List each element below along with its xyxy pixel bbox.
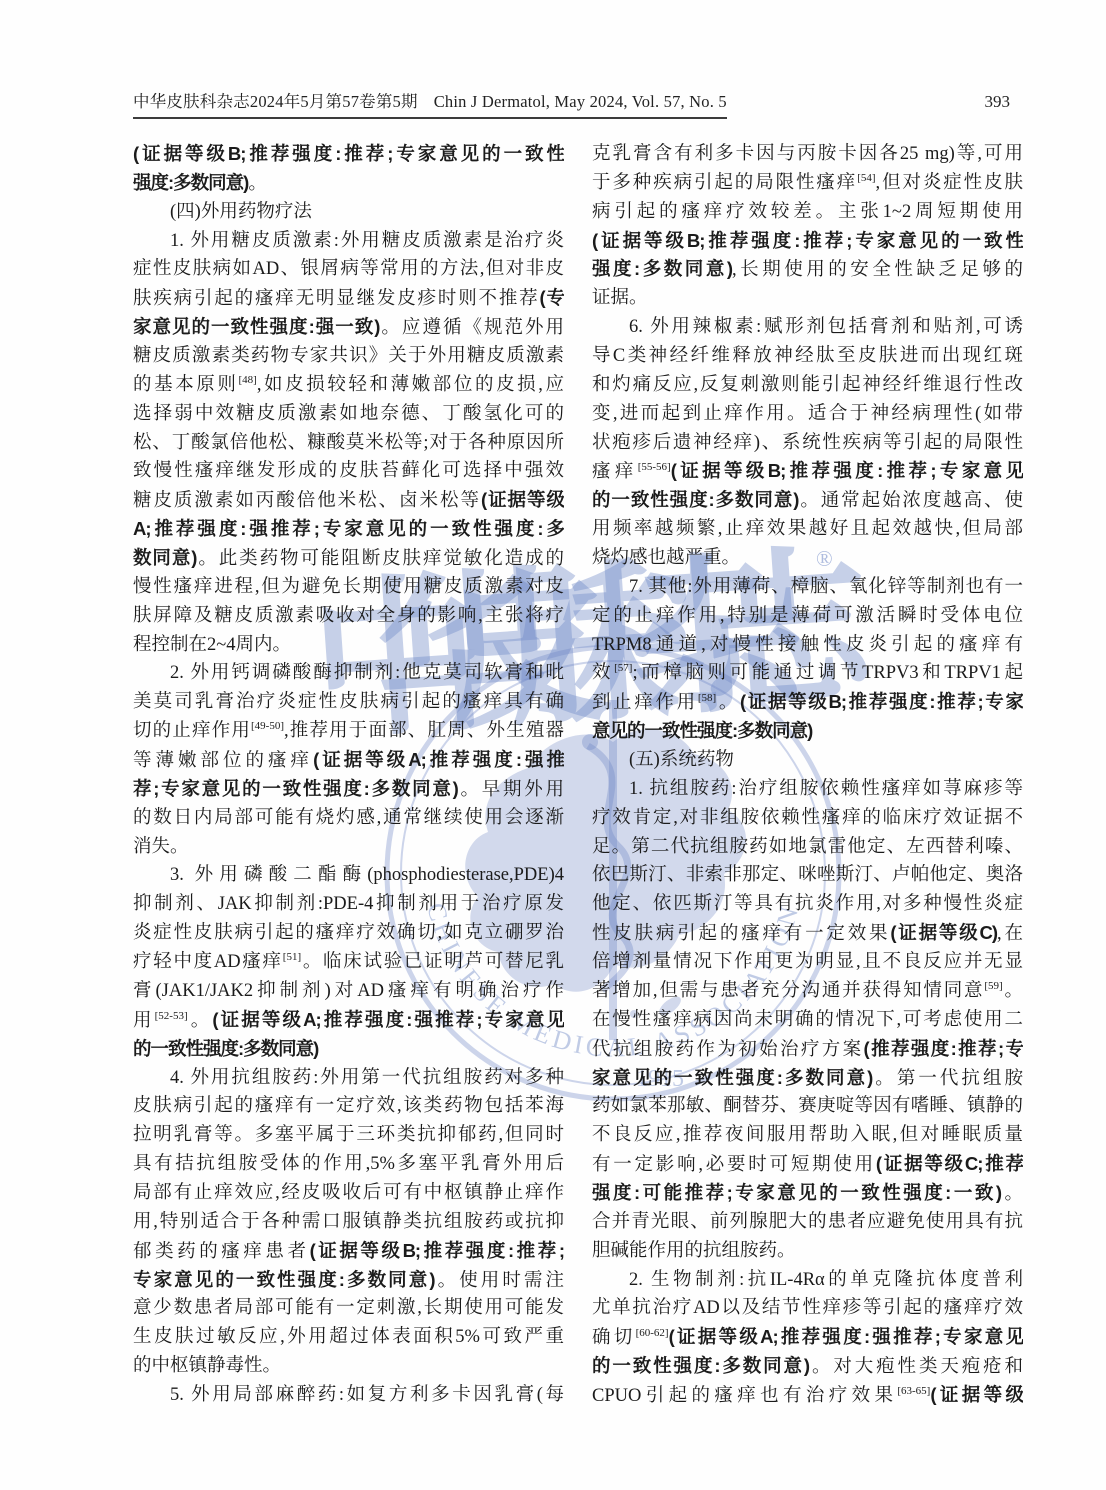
text-run: 郁类药的瘙痒患者 xyxy=(133,1242,310,1262)
text-line: 肤屏障及糖皮质激素吸收对全身的影响,主张将疗 xyxy=(133,602,564,631)
text-run: 状疱疹后遗神经痒)、系统性疾病等引起的局限性 xyxy=(592,433,1023,453)
text-line: 强度:多数同意)。 xyxy=(133,169,564,198)
text-line: 1. 抗组胺药:治疗组胺依赖性瘙痒如荨麻疹等 xyxy=(592,775,1023,804)
text-run: 的一致性强度:多数同意) xyxy=(592,1355,809,1376)
text-run: 肤疾病引起的瘙痒无明显继发皮疹时则不推荐 xyxy=(133,289,540,309)
text-run: 致慢性瘙痒继发形成的皮肤苔藓化可选择中强效 xyxy=(133,461,564,481)
text-run: 生皮肤过敏反应,外用超过体表面积5%可致严重 xyxy=(133,1327,564,1347)
text-run: 荐;专家意见的一致性强度:多数同意) xyxy=(133,778,458,799)
text-line: 4. 外用抗组胺药:外用第一代抗组胺药对多种 xyxy=(133,1064,564,1093)
text-run: 他定、依匹斯汀等具有抗炎作用,对多种慢性炎症 xyxy=(592,894,1023,914)
text-run: 胆碱能作用的抗组胺药。 xyxy=(592,1241,796,1261)
text-run: (证据等级B;推荐强度:推荐;专家意见的一致性 xyxy=(133,143,564,164)
text-run: 。 xyxy=(188,1011,213,1031)
column-right: 克乳膏含有利多卡因与丙胺卡因各25 mg)等,可用于多种疾病引起的局限性瘙痒[5… xyxy=(592,140,1023,1410)
text-run: 确切 xyxy=(592,1328,636,1348)
text-line: 疗效肯定,对非组胺依赖性瘙痒的临床疗效证据不 xyxy=(592,804,1023,833)
text-run: 性皮肤病引起的瘙痒有一定效果 xyxy=(592,924,890,944)
text-line: 症性皮肤病如AD、银屑病等常用的方法,但对非皮 xyxy=(133,255,564,284)
text-run: 于多种疾病引起的局限性瘙痒 xyxy=(592,173,857,193)
text-run: 1. 抗组胺药:治疗组胺依赖性瘙痒如荨麻疹等 xyxy=(629,779,1023,799)
text-run: 家意见的一致性强度:强一致) xyxy=(133,316,379,337)
text-run: 病引起的瘙痒疗效较差。主张1~2周短期使用 xyxy=(592,202,1023,222)
text-line: 用频率越频繁,止痒效果越好且起效越快,但局部 xyxy=(592,515,1023,544)
text-line: 他定、依匹斯汀等具有抗炎作用,对多种慢性炎症 xyxy=(592,890,1023,919)
text-line: 药如氯苯那敏、酮替芬、赛庚啶等因有嗜睡、镇静的 xyxy=(592,1092,1023,1121)
text-line: 状疱疹后遗神经痒)、系统性疾病等引起的局限性 xyxy=(592,429,1023,458)
text-run: 代抗组胺药作为初始治疗方案 xyxy=(592,1040,864,1060)
text-run: ,长期使用的安全性缺乏足够的 xyxy=(732,260,1023,280)
text-line: 程控制在2~4周内。 xyxy=(133,631,564,660)
text-line: 尤单抗治疗AD以及结节性痒疹等引起的瘙痒疗效 xyxy=(592,1294,1023,1323)
text-run: 有一定影响,必要时可短期使用 xyxy=(592,1155,876,1175)
text-run: 变,进而起到止痒作用。适合于神经病理性(如带 xyxy=(592,404,1023,424)
text-run: 松、丁酸氯倍他松、糠酸莫米松等;对于各种原因所 xyxy=(133,433,564,453)
text-run: 具有拮抗组胺受体的作用,5%多塞平乳膏外用后 xyxy=(133,1154,564,1174)
text-line: 瘙痒[55-56](证据等级B;推荐强度:推荐;专家意见 xyxy=(592,457,1023,486)
reference-marker: [55-56] xyxy=(638,461,671,473)
text-line: 等薄嫩部位的瘙痒(证据等级A;推荐强度:强推 xyxy=(133,746,564,775)
text-run: 克乳膏含有利多卡因与丙胺卡因各25 mg)等,可用 xyxy=(592,144,1023,164)
text-run: 家意见的一致性强度:多数同意) xyxy=(592,1067,872,1088)
reference-marker: [51] xyxy=(283,951,301,963)
text-line: 确切[60-62](证据等级A;推荐强度:强推荐;专家意见 xyxy=(592,1323,1023,1352)
text-run: 合并青光眼、前列腺肥大的患者应避免使用具有抗 xyxy=(592,1212,1023,1232)
text-line: 的一致性强度:多数同意) xyxy=(133,1035,564,1064)
reference-marker: [57] xyxy=(614,662,632,674)
text-run: 皮肤病引起的瘙痒有一定疗效,该类药物包括苯海 xyxy=(133,1096,564,1116)
text-line: 疗轻中度AD瘙痒[51]。临床试验已证明芦可替尼乳 xyxy=(133,948,564,977)
text-run: 2. 外用钙调磷酸酶抑制剂:他克莫司软膏和吡 xyxy=(170,663,564,683)
text-run: 到止痒作用 xyxy=(592,693,698,713)
text-run: 糖皮质激素类药物专家共识》关于外用糖皮质激素 xyxy=(133,346,564,366)
text-line: 在慢性瘙痒病因尚未明确的情况下,可考虑使用二 xyxy=(592,1006,1023,1035)
text-run: 症性皮肤病如AD、银屑病等常用的方法,但对非皮 xyxy=(133,259,564,279)
text-line: 肤疾病引起的瘙痒无明显继发皮疹时则不推荐(专 xyxy=(133,284,564,313)
text-line: 和灼痛反应,反复刺激则能引起神经纤维退行性改 xyxy=(592,371,1023,400)
text-line: 意少数患者局部可能有一定刺激,长期使用可能发 xyxy=(133,1294,564,1323)
text-line: 糖皮质激素类药物专家共识》关于外用糖皮质激素 xyxy=(133,342,564,371)
text-line: 用[52-53]。(证据等级A;推荐强度:强推荐;专家意见 xyxy=(133,1006,564,1035)
text-run: ,在 xyxy=(997,924,1023,944)
text-run: (推荐强度:推荐;专 xyxy=(864,1038,1023,1059)
text-run: (证据等级C) xyxy=(890,922,997,943)
text-line: 病引起的瘙痒疗效较差。主张1~2周短期使用 xyxy=(592,198,1023,227)
text-run: 慢性瘙痒进程,但为避免长期使用糖皮质激素对皮 xyxy=(133,577,564,597)
text-line: 抑制剂、JAK抑制剂:PDE-4抑制剂用于治疗原发 xyxy=(133,890,564,919)
text-line: 家意见的一致性强度:多数同意)。第一代抗组胺 xyxy=(592,1064,1023,1093)
text-run: 疗效肯定,对非组胺依赖性瘙痒的临床疗效证据不 xyxy=(592,808,1023,828)
text-line: 慢性瘙痒进程,但为避免长期使用糖皮质激素对皮 xyxy=(133,573,564,602)
text-line: 强度:可能推荐;专家意见的一致性强度:一致)。 xyxy=(592,1179,1023,1208)
text-run: 定的止痒作用,特别是薄荷可激活瞬时受体电位 xyxy=(592,606,1023,626)
text-run: 的中枢镇静毒性。 xyxy=(133,1356,281,1376)
text-line: 拉明乳膏等。多塞平属于三环类抗抑郁药,但同时 xyxy=(133,1121,564,1150)
text-run: 的一致性强度:多数同意) xyxy=(592,489,798,510)
text-line: 膏(JAK1/JAK2抑制剂)对AD瘙痒有明确治疗作 xyxy=(133,977,564,1006)
text-run: 局部有止痒效应,经皮吸收后可有中枢镇静止痒作 xyxy=(133,1183,564,1203)
text-run: 肤屏障及糖皮质激素吸收对全身的影响,主张将疗 xyxy=(133,606,564,626)
text-run: 6. 外用辣椒素:赋形剂包括膏剂和贴剂,可诱 xyxy=(629,317,1023,337)
text-line: 2. 外用钙调磷酸酶抑制剂:他克莫司软膏和吡 xyxy=(133,659,564,688)
text-run: (专 xyxy=(540,287,565,308)
text-run: ,如皮损较轻和薄嫩部位的皮损,应 xyxy=(257,375,564,395)
text-run: 美莫司乳膏治疗炎症性皮肤病引起的瘙痒具有确 xyxy=(133,692,564,712)
text-line: 到止痒作用[58]。(证据等级B;推荐强度:推荐;专家 xyxy=(592,688,1023,717)
text-run: 和灼痛反应,反复刺激则能引起神经纤维退行性改 xyxy=(592,375,1023,395)
text-line: 用,特别适合于各种需口服镇静类抗组胺药或抗抑 xyxy=(133,1208,564,1237)
text-line: 意见的一致性强度:多数同意) xyxy=(592,717,1023,746)
text-line: 美莫司乳膏治疗炎症性皮肤病引起的瘙痒具有确 xyxy=(133,688,564,717)
text-run: 意见的一致性强度:多数同意) xyxy=(592,720,812,741)
text-run: 3. 外用磷酸二酯酶(phosphodiesterase,PDE)4 xyxy=(170,865,564,885)
reference-marker: [63-65] xyxy=(897,1385,930,1397)
text-run: 2. 生物制剂:抗IL-4Rα的单克隆抗体度普利 xyxy=(629,1270,1023,1290)
text-line: 局部有止痒效应,经皮吸收后可有中枢镇静止痒作 xyxy=(133,1179,564,1208)
text-line: 胆碱能作用的抗组胺药。 xyxy=(592,1237,1023,1266)
text-line: 性皮肤病引起的瘙痒有一定效果(证据等级C),在 xyxy=(592,919,1023,948)
text-run: 疗轻中度AD瘙痒 xyxy=(133,952,283,972)
text-run: 。 xyxy=(716,693,740,713)
text-line: 7. 其他:外用薄荷、樟脑、氧化锌等制剂也有一 xyxy=(592,573,1023,602)
text-line: 皮肤病引起的瘙痒有一定疗效,该类药物包括苯海 xyxy=(133,1092,564,1121)
text-run: 程控制在2~4周内。 xyxy=(133,635,291,655)
text-line: (四)外用药物疗法 xyxy=(133,198,564,227)
reference-marker: [49-50] xyxy=(251,720,284,732)
text-line: 的一致性强度:多数同意)。对大疱性类天疱疮和 xyxy=(592,1352,1023,1381)
text-line: 倍增剂量情况下作用更为明显,且不良反应并无显 xyxy=(592,948,1023,977)
text-line: 合并青光眼、前列腺肥大的患者应避免使用具有抗 xyxy=(592,1208,1023,1237)
text-run: 瘙痒 xyxy=(592,462,638,482)
reference-marker: [52-53] xyxy=(155,1010,188,1022)
reference-marker: [48] xyxy=(238,374,256,386)
text-run: 足。第二代抗组胺药如地氯雷他定、左西替利嗪、 xyxy=(592,837,1023,857)
text-run: 的基本原则 xyxy=(133,375,238,395)
text-run: (五)系统药物 xyxy=(629,750,734,770)
text-run: 导C类神经纤维释放神经肽至皮肤进而出现红斑 xyxy=(592,346,1023,366)
text-run: 著增加,但需与患者充分沟通并获得知情同意 xyxy=(592,981,984,1001)
page-header: 中华皮肤科杂志2024年5月第57卷第5期Chin J Dermatol, Ma… xyxy=(133,88,1010,119)
text-run: 选择弱中效糖皮质激素如地奈德、丁酸氢化可的 xyxy=(133,404,564,424)
text-line: 定的止痒作用,特别是薄荷可激活瞬时受体电位 xyxy=(592,602,1023,631)
text-line: (证据等级B;推荐强度:推荐;专家意见的一致性 xyxy=(592,227,1023,256)
journal-running-title: 中华皮肤科杂志2024年5月第57卷第5期Chin J Dermatol, Ma… xyxy=(133,88,727,119)
text-line: 3. 外用磷酸二酯酶(phosphodiesterase,PDE)4 xyxy=(133,861,564,890)
text-run: 在慢性瘙痒病因尚未明确的情况下,可考虑使用二 xyxy=(592,1010,1023,1030)
document-page: 中华皮肤科杂志 ® CHINESE MEDICAL ASSOCIATION 19… xyxy=(0,0,1106,1490)
text-run: 5. 外用局部麻醉药:如复方利多卡因乳膏(每 xyxy=(170,1385,564,1405)
text-run: 。早期外用 xyxy=(458,780,564,800)
text-line: 糖皮质激素如丙酸倍他米松、卤米松等(证据等级 xyxy=(133,486,564,515)
text-run: 的一致性强度:多数同意) xyxy=(133,1038,318,1059)
text-run: 。此类药物可能阻断皮肤痒觉敏化造成的 xyxy=(196,549,564,569)
text-run: 证据。 xyxy=(592,288,648,308)
text-run: 切的止痒作用 xyxy=(133,721,251,741)
text-line: A;推荐强度:强推荐;专家意见的一致性强度:多 xyxy=(133,515,564,544)
text-line: 效[57];而樟脑则可能通过调节TRPV3和TRPV1起 xyxy=(592,659,1023,688)
text-run: (证据等级A;推荐强度:强推荐;专家意见 xyxy=(669,1326,1023,1347)
text-run: 。第一代抗组胺 xyxy=(872,1069,1023,1089)
text-line: 烧灼感也越严重。 xyxy=(592,544,1023,573)
text-run: (证据等级A;推荐强度:强推荐;专家意见 xyxy=(212,1009,564,1030)
text-line: 选择弱中效糖皮质激素如地奈德、丁酸氢化可的 xyxy=(133,400,564,429)
text-run: 糖皮质激素如丙酸倍他米松、卤米松等 xyxy=(133,491,481,511)
text-run: CPUO引起的瘙痒也有治疗效果 xyxy=(592,1386,897,1406)
text-run: 等薄嫩部位的瘙痒 xyxy=(133,751,313,771)
text-line: 荐;专家意见的一致性强度:多数同意)。早期外用 xyxy=(133,775,564,804)
text-run: 1. 外用糖皮质激素:外用糖皮质激素是治疗炎 xyxy=(170,231,564,251)
text-run: 膏(JAK1/JAK2抑制剂)对AD瘙痒有明确治疗作 xyxy=(133,981,564,1001)
text-run: 4. 外用抗组胺药:外用第一代抗组胺药对多种 xyxy=(170,1068,564,1088)
text-line: 证据。 xyxy=(592,284,1023,313)
text-run: 药如氯苯那敏、酮替芬、赛庚啶等因有嗜睡、镇静的 xyxy=(592,1096,1023,1116)
text-run: (证据等级B;推荐强度:推荐;专家意见的一致性 xyxy=(592,230,1023,251)
text-line: 郁类药的瘙痒患者(证据等级B;推荐强度:推荐; xyxy=(133,1237,564,1266)
text-line: 6. 外用辣椒素:赋形剂包括膏剂和贴剂,可诱 xyxy=(592,313,1023,342)
text-line: 家意见的一致性强度:强一致)。应遵循《规范外用 xyxy=(133,313,564,342)
text-line: CPUO引起的瘙痒也有治疗效果[63-65](证据等级 xyxy=(592,1381,1023,1410)
text-run: TRPM8通道,对慢性接触性皮炎引起的瘙痒有 xyxy=(592,635,1023,655)
text-run: 强度:多数同意) xyxy=(592,258,732,279)
text-line: 松、丁酸氯倍他松、糠酸莫米松等;对于各种原因所 xyxy=(133,429,564,458)
text-run: 强度:多数同意) xyxy=(133,172,248,193)
text-run: 。 xyxy=(1001,1184,1023,1204)
text-run: 炎症性皮肤病引起的瘙痒疗效确切,如克立硼罗治 xyxy=(133,923,564,943)
text-run: 7. 其他:外用薄荷、樟脑、氧化锌等制剂也有一 xyxy=(629,577,1023,597)
text-run: ,推荐用于面部、肛周、外生殖器 xyxy=(284,721,564,741)
text-run: 消失。 xyxy=(133,837,189,857)
text-line: 克乳膏含有利多卡因与丙胺卡因各25 mg)等,可用 xyxy=(592,140,1023,169)
text-line: 依巴斯汀、非索非那定、咪唑斯汀、卢帕他定、奥洛 xyxy=(592,861,1023,890)
text-run: 抑制剂、JAK抑制剂:PDE-4抑制剂用于治疗原发 xyxy=(133,894,564,914)
text-run: (证据等级B;推荐强度:推荐;专家意见 xyxy=(671,460,1023,481)
journal-title-en: Chin J Dermatol, May 2024, Vol. 57, No. … xyxy=(434,92,727,111)
text-line: 5. 外用局部麻醉药:如复方利多卡因乳膏(每 xyxy=(133,1381,564,1410)
text-run: (四)外用药物疗法 xyxy=(170,202,312,222)
text-run: 效 xyxy=(592,663,614,683)
text-line: (五)系统药物 xyxy=(592,746,1023,775)
text-line: 的数日内局部可能有烧灼感,通常继续使用会逐渐 xyxy=(133,804,564,833)
text-run: ;而樟脑则可能通过调节TRPV3和TRPV1起 xyxy=(632,663,1023,683)
text-run: (证据等级 xyxy=(930,1384,1023,1405)
text-line: 炎症性皮肤病引起的瘙痒疗效确切,如克立硼罗治 xyxy=(133,919,564,948)
text-line: 1. 外用糖皮质激素:外用糖皮质激素是治疗炎 xyxy=(133,227,564,256)
text-line: 导C类神经纤维释放神经肽至皮肤进而出现红斑 xyxy=(592,342,1023,371)
text-line: 不良反应,推荐夜间服用帮助入眠,但对睡眠质量 xyxy=(592,1121,1023,1150)
text-line: TRPM8通道,对慢性接触性皮炎引起的瘙痒有 xyxy=(592,631,1023,660)
text-run: (证据等级B;推荐强度:推荐;专家 xyxy=(740,691,1023,712)
text-line: (证据等级B;推荐强度:推荐;专家意见的一致性 xyxy=(133,140,564,169)
text-run: 。对大疱性类天疱疮和 xyxy=(809,1357,1023,1377)
text-run: 的数日内局部可能有烧灼感,通常继续使用会逐渐 xyxy=(133,808,564,828)
text-line: 的基本原则[48],如皮损较轻和薄嫩部位的皮损,应 xyxy=(133,371,564,400)
text-line: 于多种疾病引起的局限性瘙痒[54],但对炎症性皮肤 xyxy=(592,169,1023,198)
text-line: 致慢性瘙痒继发形成的皮肤苔藓化可选择中强效 xyxy=(133,457,564,486)
journal-title-zh: 中华皮肤科杂志2024年5月第57卷第5期 xyxy=(133,92,418,111)
text-line: 强度:多数同意),长期使用的安全性缺乏足够的 xyxy=(592,255,1023,284)
text-run: (证据等级C;推荐 xyxy=(876,1153,1023,1174)
text-run: A;推荐强度:强推荐;专家意见的一致性强度:多 xyxy=(133,518,564,539)
text-line: 消失。 xyxy=(133,833,564,862)
text-run: 。使用时需注 xyxy=(435,1271,564,1291)
text-run: 专家意见的一致性强度:多数同意) xyxy=(133,1269,435,1290)
text-run: 用 xyxy=(133,1011,155,1031)
text-line: 的中枢镇静毒性。 xyxy=(133,1352,564,1381)
text-run: 倍增剂量情况下作用更为明显,且不良反应并无显 xyxy=(592,952,1023,972)
reference-marker: [60-62] xyxy=(636,1327,669,1339)
text-line: 具有拮抗组胺受体的作用,5%多塞平乳膏外用后 xyxy=(133,1150,564,1179)
text-line: 代抗组胺药作为初始治疗方案(推荐强度:推荐;专 xyxy=(592,1035,1023,1064)
text-run: ,但对炎症性皮肤 xyxy=(876,173,1023,193)
text-run: 。临床试验已证明芦可替尼乳 xyxy=(301,952,564,972)
text-run: 。 xyxy=(248,174,267,194)
text-run: 不良反应,推荐夜间服用帮助入眠,但对睡眠质量 xyxy=(592,1125,1023,1145)
text-run: 。通常起始浓度越高、使 xyxy=(798,491,1023,511)
text-line: 2. 生物制剂:抗IL-4Rα的单克隆抗体度普利 xyxy=(592,1266,1023,1295)
text-line: 生皮肤过敏反应,外用超过体表面积5%可致严重 xyxy=(133,1323,564,1352)
text-line: 足。第二代抗组胺药如地氯雷他定、左西替利嗪、 xyxy=(592,833,1023,862)
text-run: 尤单抗治疗AD以及结节性痒疹等引起的瘙痒疗效 xyxy=(592,1298,1023,1318)
text-line: 的一致性强度:多数同意)。通常起始浓度越高、使 xyxy=(592,486,1023,515)
page-number: 393 xyxy=(985,92,1011,112)
text-run: 拉明乳膏等。多塞平属于三环类抗抑郁药,但同时 xyxy=(133,1125,564,1145)
text-line: 专家意见的一致性强度:多数同意)。使用时需注 xyxy=(133,1266,564,1295)
text-run: 烧灼感也越严重。 xyxy=(592,548,740,568)
reference-marker: [54] xyxy=(857,172,875,184)
text-run: 意少数患者局部可能有一定刺激,长期使用可能发 xyxy=(133,1298,564,1318)
text-run: 。应遵循《规范外用 xyxy=(379,318,564,338)
text-run: 依巴斯汀、非索非那定、咪唑斯汀、卢帕他定、奥洛 xyxy=(592,865,1023,885)
text-run: 。 xyxy=(1003,981,1023,1001)
text-run: (证据等级B;推荐强度:推荐; xyxy=(310,1240,564,1261)
text-run: 强度:可能推荐;专家意见的一致性强度:一致) xyxy=(592,1182,1001,1203)
text-line: 著增加,但需与患者充分沟通并获得知情同意[59]。 xyxy=(592,977,1023,1006)
text-line: 数同意)。此类药物可能阻断皮肤痒觉敏化造成的 xyxy=(133,544,564,573)
reference-marker: [58] xyxy=(698,692,716,704)
text-run: (证据等级 xyxy=(481,489,564,510)
text-line: 变,进而起到止痒作用。适合于神经病理性(如带 xyxy=(592,400,1023,429)
column-left: (证据等级B;推荐强度:推荐;专家意见的一致性强度:多数同意)。(四)外用药物疗… xyxy=(133,140,564,1410)
text-run: 数同意) xyxy=(133,547,196,568)
text-line: 切的止痒作用[49-50],推荐用于面部、肛周、外生殖器 xyxy=(133,717,564,746)
text-run: 用,特别适合于各种需口服镇静类抗组胺药或抗抑 xyxy=(133,1212,564,1232)
text-run: 用频率越频繁,止痒效果越好且起效越快,但局部 xyxy=(592,519,1023,539)
reference-marker: [59] xyxy=(984,980,1002,992)
text-line: 有一定影响,必要时可短期使用(证据等级C;推荐 xyxy=(592,1150,1023,1179)
text-run: (证据等级A;推荐强度:强推 xyxy=(313,749,564,770)
